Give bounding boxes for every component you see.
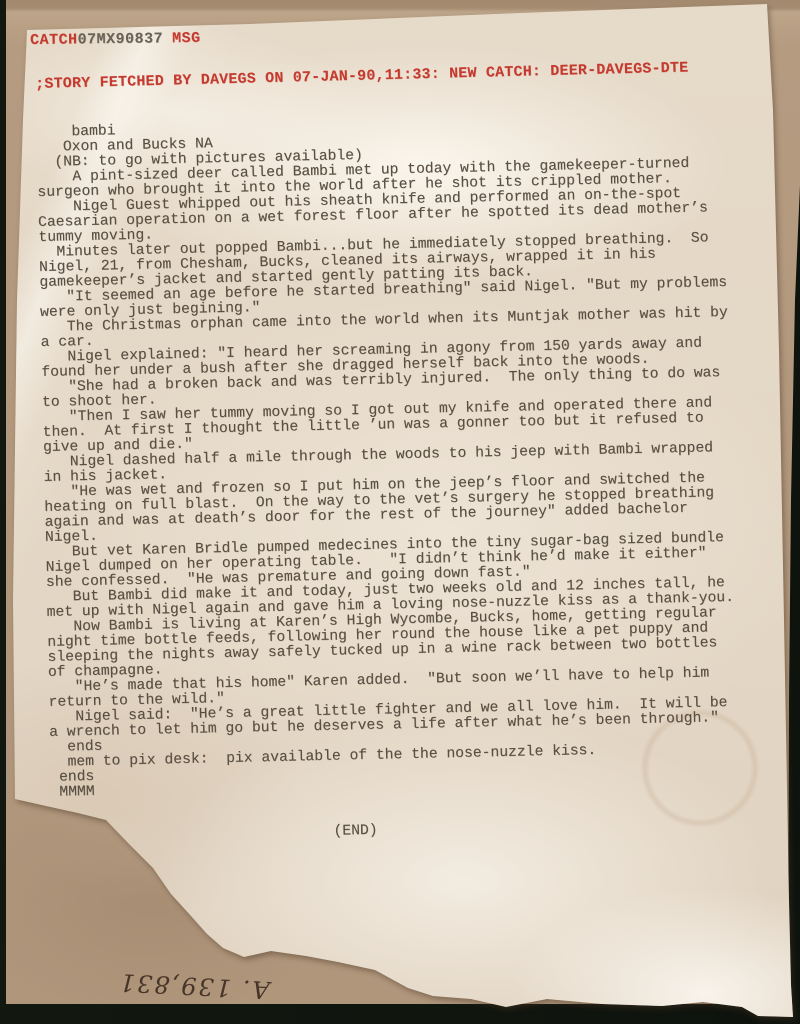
catch-code: 07MX90837 (78, 30, 164, 48)
story-body: bambi Oxon and Bucks NA (NB: to go with … (36, 111, 739, 846)
catch-label: CATCH (30, 31, 78, 49)
photo-scan: CATCH07MX90837MSG ;STORY FETCHED BY DAVE… (0, 0, 800, 1024)
catch-header-line: CATCH07MX90837MSG (30, 30, 201, 49)
msg-label: MSG (172, 30, 201, 47)
handwritten-catalog-number: A. 139,831 (111, 940, 279, 1005)
